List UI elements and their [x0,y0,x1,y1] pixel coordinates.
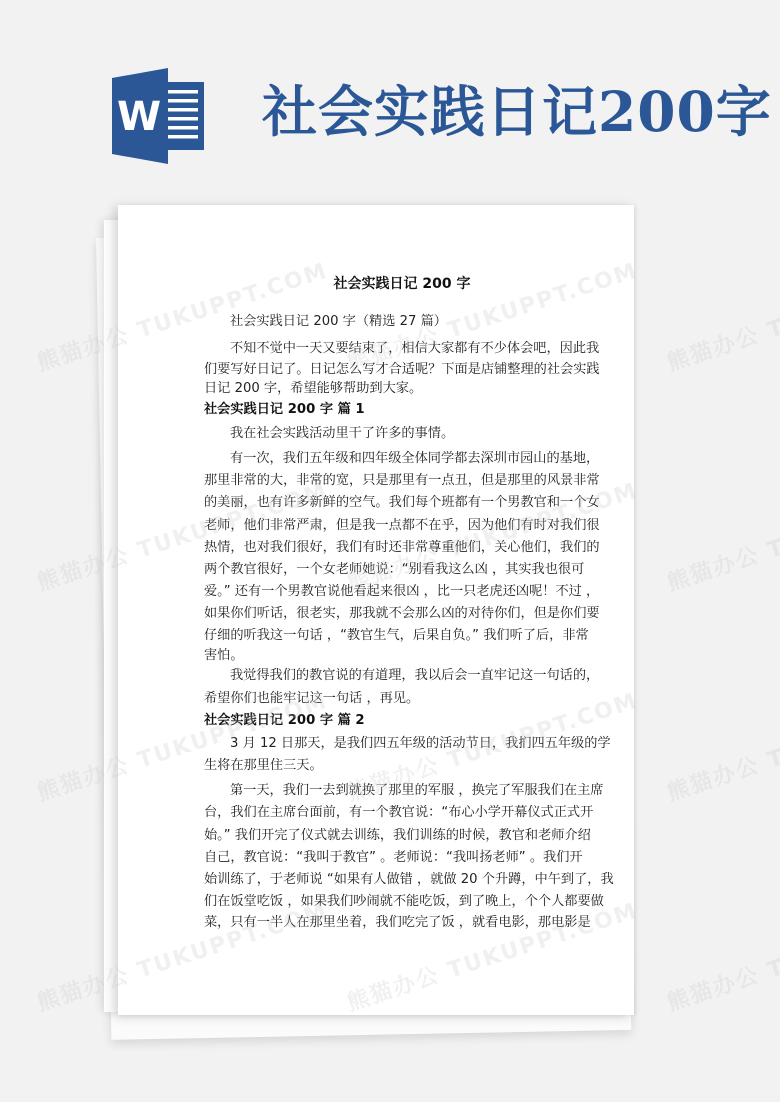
watermark-text: 熊猫办公 TUKUPPT.COM [663,894,780,1017]
paragraph-line: 们在饭堂吃饭 ，如果我们吵闹就不能吃饭，到了晚上，个个人都要做 [204,893,604,911]
paragraph-line: 始。” 我们开完了仪式就去训练，我们训练的时候，教官和老师介绍 [204,827,604,845]
paragraph-line: 仔细的听我这一句话 ，“教官生气，后果自负。” 我们听了后，非常 [204,627,604,645]
paragraph-line: 菜，只有一半人在那里坐着，我们吃完了饭 ，就看电影，那电影是 [204,914,604,932]
paragraph-line: 老师，他们非常严肃，但是我一点都不在乎，因为他们有时对我们很 [204,517,604,535]
paragraph-line: 热情，也对我们很好，我们有时还非常尊重他们，关心他们，我们的 [204,539,604,557]
watermark-text: 熊猫办公 TUKUPPT.COM [663,684,780,807]
paragraph-line: 我在社会实践活动里干了许多的事情。 [230,425,630,443]
paragraph-line: 们要写好日记了。日记怎么写才合适呢？下面是店铺整理的社会实践 [204,361,604,379]
paragraph-line: 希望你们也能牢记这一句话 ，再见。 [204,690,604,708]
paragraph-line: 爱。” 还有一个男教官说他看起来很凶 ，比一只老虎还凶呢！不过 ， [204,583,604,601]
paragraph-line: 有一次，我们五年级和四年级全体同学都去深圳市园山的基地， [230,450,630,468]
document-title: 社会实践日记 200 字 [204,274,600,294]
paragraph-line: 始训练了，于老师说 “如果有人做错 ，就做 20 个升蹲，中午到了，我 [204,871,604,889]
watermark-text: 熊猫办公 TUKUPPT.COM [663,474,780,597]
paragraph-line: 第一天，我们一去到就换了那里的军服 ，换完了军服我们在主席 [230,782,630,800]
paragraph-line: 不知不觉中一天又要结束了，相信大家都有不少体会吧，因此我 [230,340,630,358]
paragraph-line: 如果你们听话，很老实，那我就不会那么凶的对待你们，但是你们要 [204,605,604,623]
paragraph-line: 两个教官很好，一个女老师她说：“别看我这么凶 ，其实我也很可 [204,561,604,579]
paragraph-line: 害怕。 [204,647,604,665]
paragraph-line: 那里非常的大，非常的宽，只是那里有一点丑，但是那里的风景非常 [204,472,604,490]
watermark-text: 熊猫办公 TUKUPPT.COM [663,254,780,377]
paragraph-line: 3 月 12 日那天，是我们四五年级的活动节日，我扪四五年级的学 [230,735,630,753]
paragraph-line: 生将在那里住三天。 [204,757,604,775]
document-subtitle: 社会实践日记 200 字（精选 27 篇） [230,313,630,331]
word-document-icon: W [108,68,208,164]
paragraph-line: 自己，教官说：“我叫于教官” 。老师说：“我叫扬老师” 。我们开 [204,849,604,867]
paragraph-line: 我觉得我们的教官说的有道理，我以后会一直牢记这一句话的， [230,667,630,685]
svg-text:W: W [117,94,161,140]
paragraph-line: 台，我们在主席台面前，有一个教官说：“布心小学开幕仪式正式开 [204,804,604,822]
section-heading: 社会实践日记 200 字 篇 2 [204,712,604,730]
paragraph-line: 日记 200 字，希望能够帮助到大家。 [204,380,604,398]
section-heading: 社会实践日记 200 字 篇 1 [204,401,604,419]
banner-title: 社会实践日记200字 [262,72,772,152]
paragraph-line: 的美丽，也有许多新鲜的空气。我们每个班都有一个男教官和一个女 [204,494,604,512]
banner: W 社会实践日记200字 [0,0,780,190]
